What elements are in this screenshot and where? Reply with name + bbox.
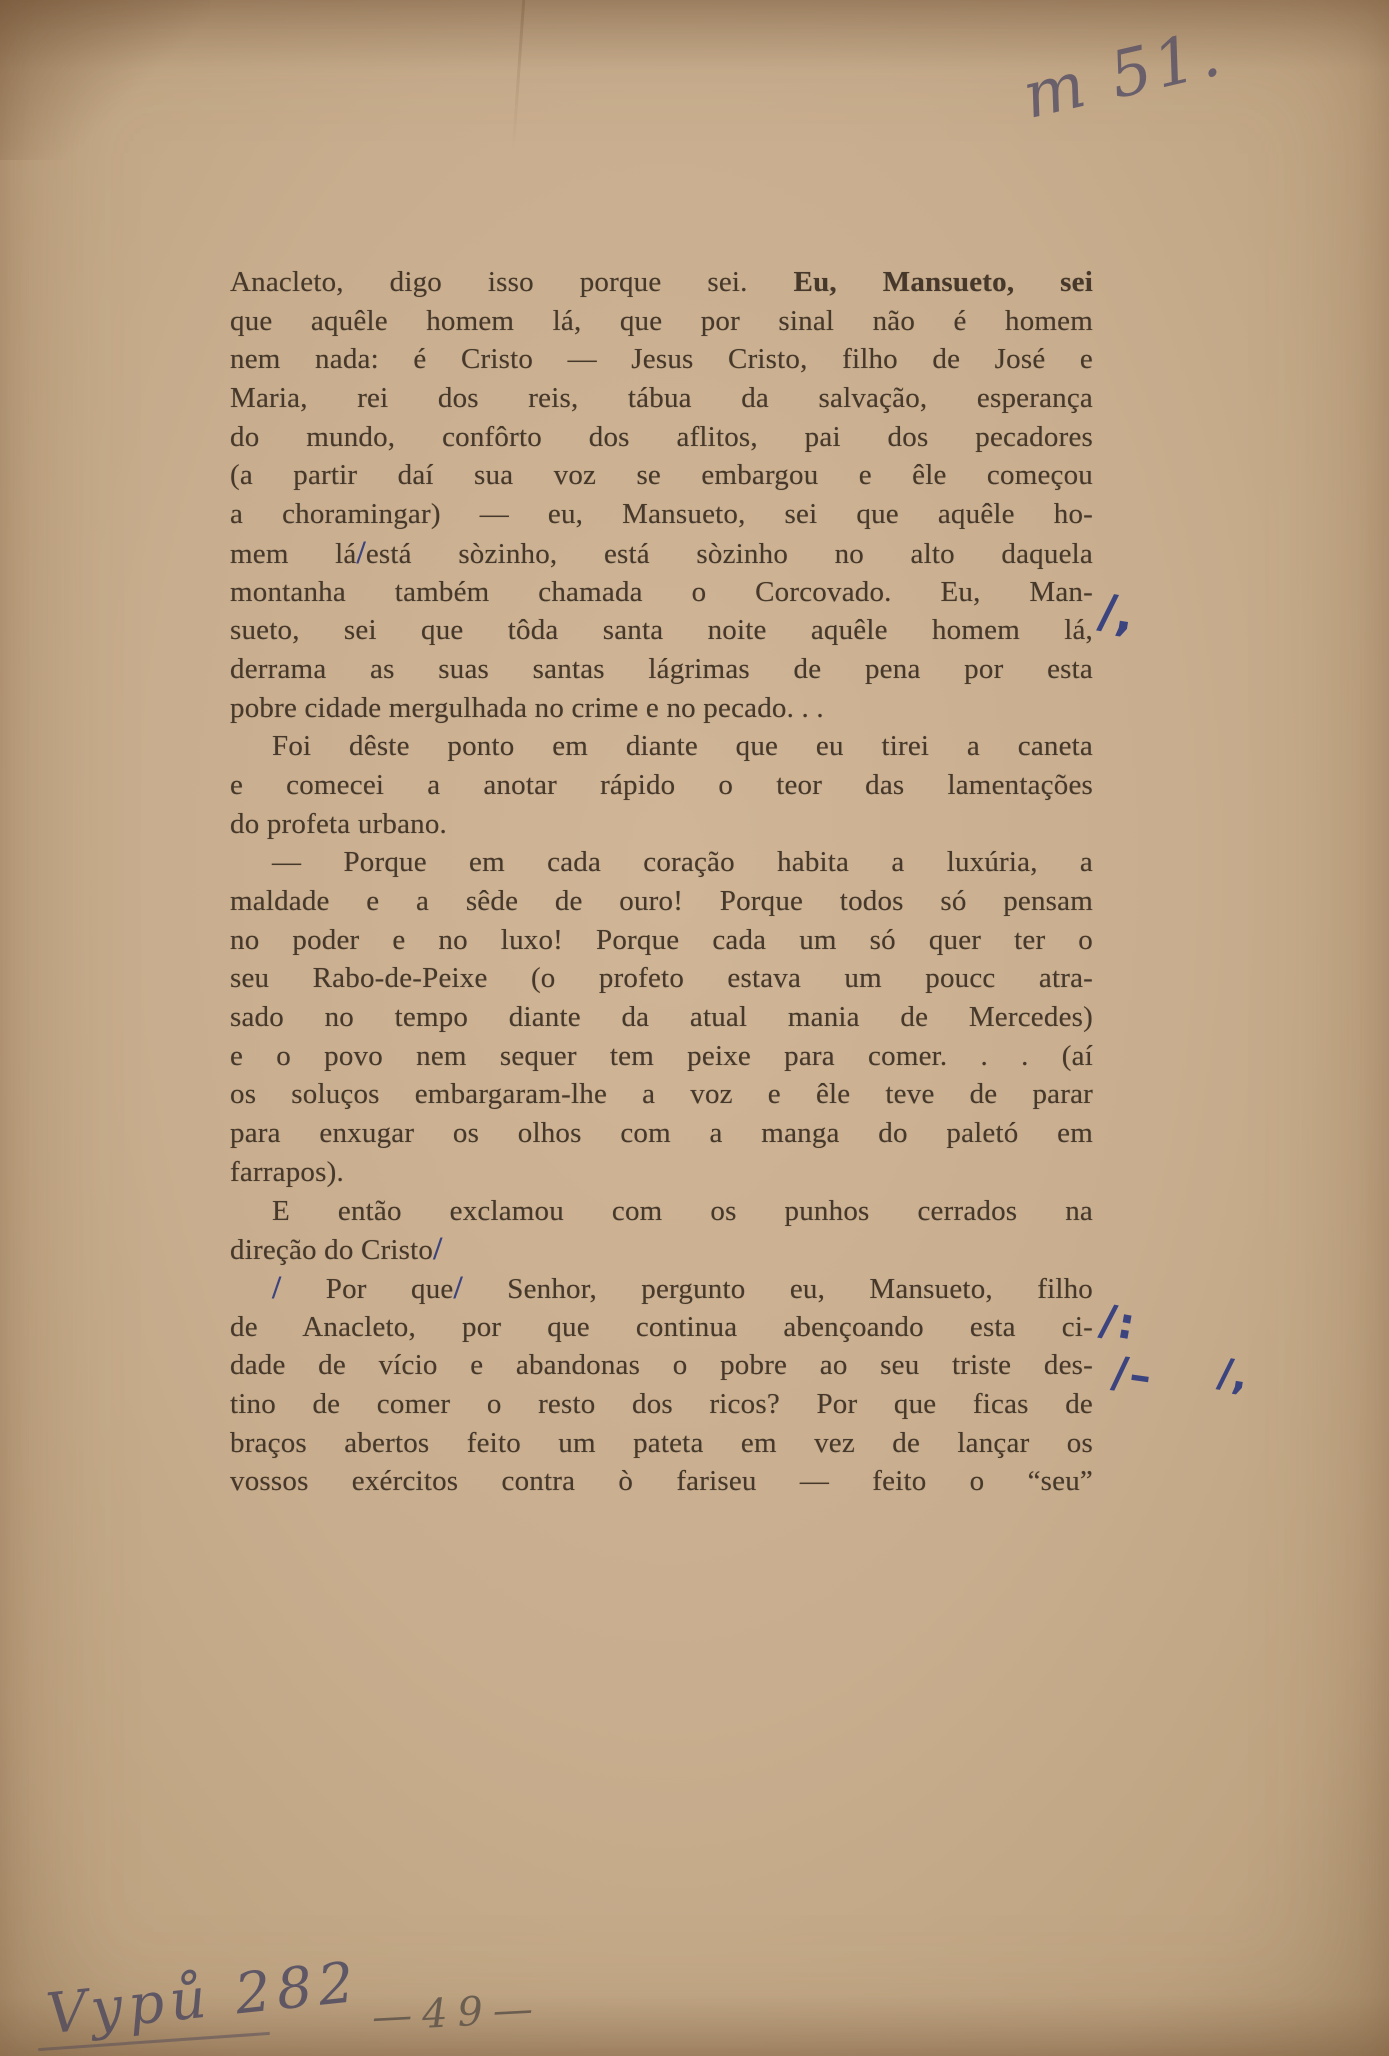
text-segment: (a partir daí sua voz se embargou e êle … [230,459,1093,491]
text-segment: tino de comer o resto dos ricos? Por que… [230,1388,1093,1420]
text-block: Anacleto, digo isso porque sei. Eu, Mans… [230,263,1093,1501]
text-line: Foi dêste ponto em diante que eu tirei a… [230,727,1093,766]
text-segment: nem nada: é Cristo — Jesus Cristo, filho… [230,343,1093,375]
text-line: de Anacleto, por que continua abençoando… [230,1308,1093,1347]
text-line: a choramingar) — eu, Mansueto, sei que a… [230,495,1093,534]
text-segment: direção do Cristo [230,1234,433,1266]
text-line: nem nada: é Cristo — Jesus Cristo, filho… [230,340,1093,379]
text-segment: Senhor, pergunto eu, Mansueto, filho [463,1273,1093,1305]
text-line: e comecei a anotar rápido o teor das lam… [230,766,1093,805]
text-line: que aquêle homem lá, que por sinal não é… [230,302,1093,341]
text-line: dade de vício e abandonas o pobre ao seu… [230,1346,1093,1385]
text-segment: farrapos). [230,1156,344,1188]
text-line: E então exclamou com os punhos cerrados … [230,1192,1093,1231]
text-line: sado no tempo diante da atual mania de M… [230,998,1093,1037]
text-segment: e comecei a anotar rápido o teor das lam… [230,769,1093,801]
text-segment: Eu, Mansueto, sei [794,266,1093,298]
text-segment: seu Rabo-de-Peixe (o profeto estava um p… [230,962,1093,994]
text-line: seu Rabo-de-Peixe (o profeto estava um p… [230,959,1093,998]
text-segment: vossos exércitos contra ò fariseu — feit… [230,1465,1093,1497]
handwritten-slash-mark: / [433,1231,442,1267]
text-line: farrapos). [230,1153,1093,1192]
text-line: sueto, sei que tôda santa noite aquêle h… [230,611,1093,650]
text-segment: e o povo nem sequer tem peixe para comer… [230,1040,1093,1072]
text-line: pobre cidade mergulhada no crime e no pe… [230,689,1093,728]
paper-shading-bottom [0,1996,1389,2056]
text-segment: braços abertos feito um pateta em vez de… [230,1427,1093,1459]
text-line: no poder e no luxo! Porque cada um só qu… [230,921,1093,960]
text-segment: mem lá [230,538,356,570]
text-line: braços abertos feito um pateta em vez de… [230,1424,1093,1463]
text-line: mem lá/está sòzinho, está sòzinho no alt… [230,534,1093,573]
margin-proof-mark: /– [1109,1347,1157,1402]
text-segment: no poder e no luxo! Porque cada um só qu… [230,924,1093,956]
text-segment: pobre cidade mergulhada no crime e no pe… [230,692,824,724]
text-segment: Por que [281,1273,453,1305]
paper-fold-shadow [0,0,210,160]
text-segment: do mundo, confôrto dos aflitos, pai dos … [230,421,1093,453]
text-segment: maldade e a sêde de ouro! Porque todos s… [230,885,1093,917]
text-line: do profeta urbano. [230,805,1093,844]
handwritten-slash-mark: / [454,1270,463,1306]
text-segment: derrama as suas santas lágrimas de pena … [230,653,1093,685]
text-line: Anacleto, digo isso porque sei. Eu, Mans… [230,263,1093,302]
text-line: Maria, rei dos reis, tábua da salvação, … [230,379,1093,418]
text-segment: Maria, rei dos reis, tábua da salvação, … [230,382,1093,414]
margin-proof-mark: /, [1095,584,1138,644]
text-segment: sueto, sei que tôda santa noite aquêle h… [230,614,1093,646]
text-segment: montanha também chamada o Corcovado. Eu,… [230,576,1093,608]
text-line: / Por que/ Senhor, pergunto eu, Mansueto… [230,1269,1093,1308]
text-segment: Anacleto, digo isso porque sei. [230,266,794,298]
margin-proof-mark: /, [1215,1350,1252,1400]
text-line: montanha também chamada o Corcovado. Eu,… [230,573,1093,612]
handwritten-slash-mark: / [272,1270,281,1306]
text-line: do mundo, confôrto dos aflitos, pai dos … [230,418,1093,457]
text-line: tino de comer o resto dos ricos? Por que… [230,1385,1093,1424]
text-line: (a partir daí sua voz se embargou e êle … [230,456,1093,495]
text-segment: — Porque em cada coração habita a luxúri… [272,846,1093,878]
text-segment: para enxugar os olhos com a manga do pal… [230,1117,1093,1149]
text-line: vossos exércitos contra ò fariseu — feit… [230,1462,1093,1501]
text-line: derrama as suas santas lágrimas de pena … [230,650,1093,689]
text-segment: de Anacleto, por que continua abençoando… [230,1311,1093,1343]
text-segment: dade de vício e abandonas o pobre ao seu… [230,1349,1093,1381]
text-line: e o povo nem sequer tem peixe para comer… [230,1037,1093,1076]
text-segment: Foi dêste ponto em diante que eu tirei a… [272,730,1093,762]
text-segment: do profeta urbano. [230,808,447,840]
text-line: — Porque em cada coração habita a luxúri… [230,843,1093,882]
text-segment: E então exclamou com os punhos cerrados … [272,1195,1093,1227]
text-segment: a choramingar) — eu, Mansueto, sei que a… [230,498,1093,530]
text-segment: os soluços embargaram-lhe a voz e êle te… [230,1078,1093,1110]
text-segment: está sòzinho, está sòzinho no alto daque… [366,538,1093,570]
text-line: para enxugar os olhos com a manga do pal… [230,1114,1093,1153]
scanned-book-page: m 51. Anacleto, digo isso porque sei. Eu… [0,0,1389,2056]
text-line: maldade e a sêde de ouro! Porque todos s… [230,882,1093,921]
margin-proof-mark: /: [1096,1295,1141,1351]
text-line: os soluços embargaram-lhe a voz e êle te… [230,1075,1093,1114]
text-segment: que aquêle homem lá, que por sinal não é… [230,305,1093,337]
text-line: direção do Cristo/ [230,1230,1093,1269]
handwritten-slash-mark: / [356,535,365,571]
text-segment: sado no tempo diante da atual mania de M… [230,1001,1093,1033]
